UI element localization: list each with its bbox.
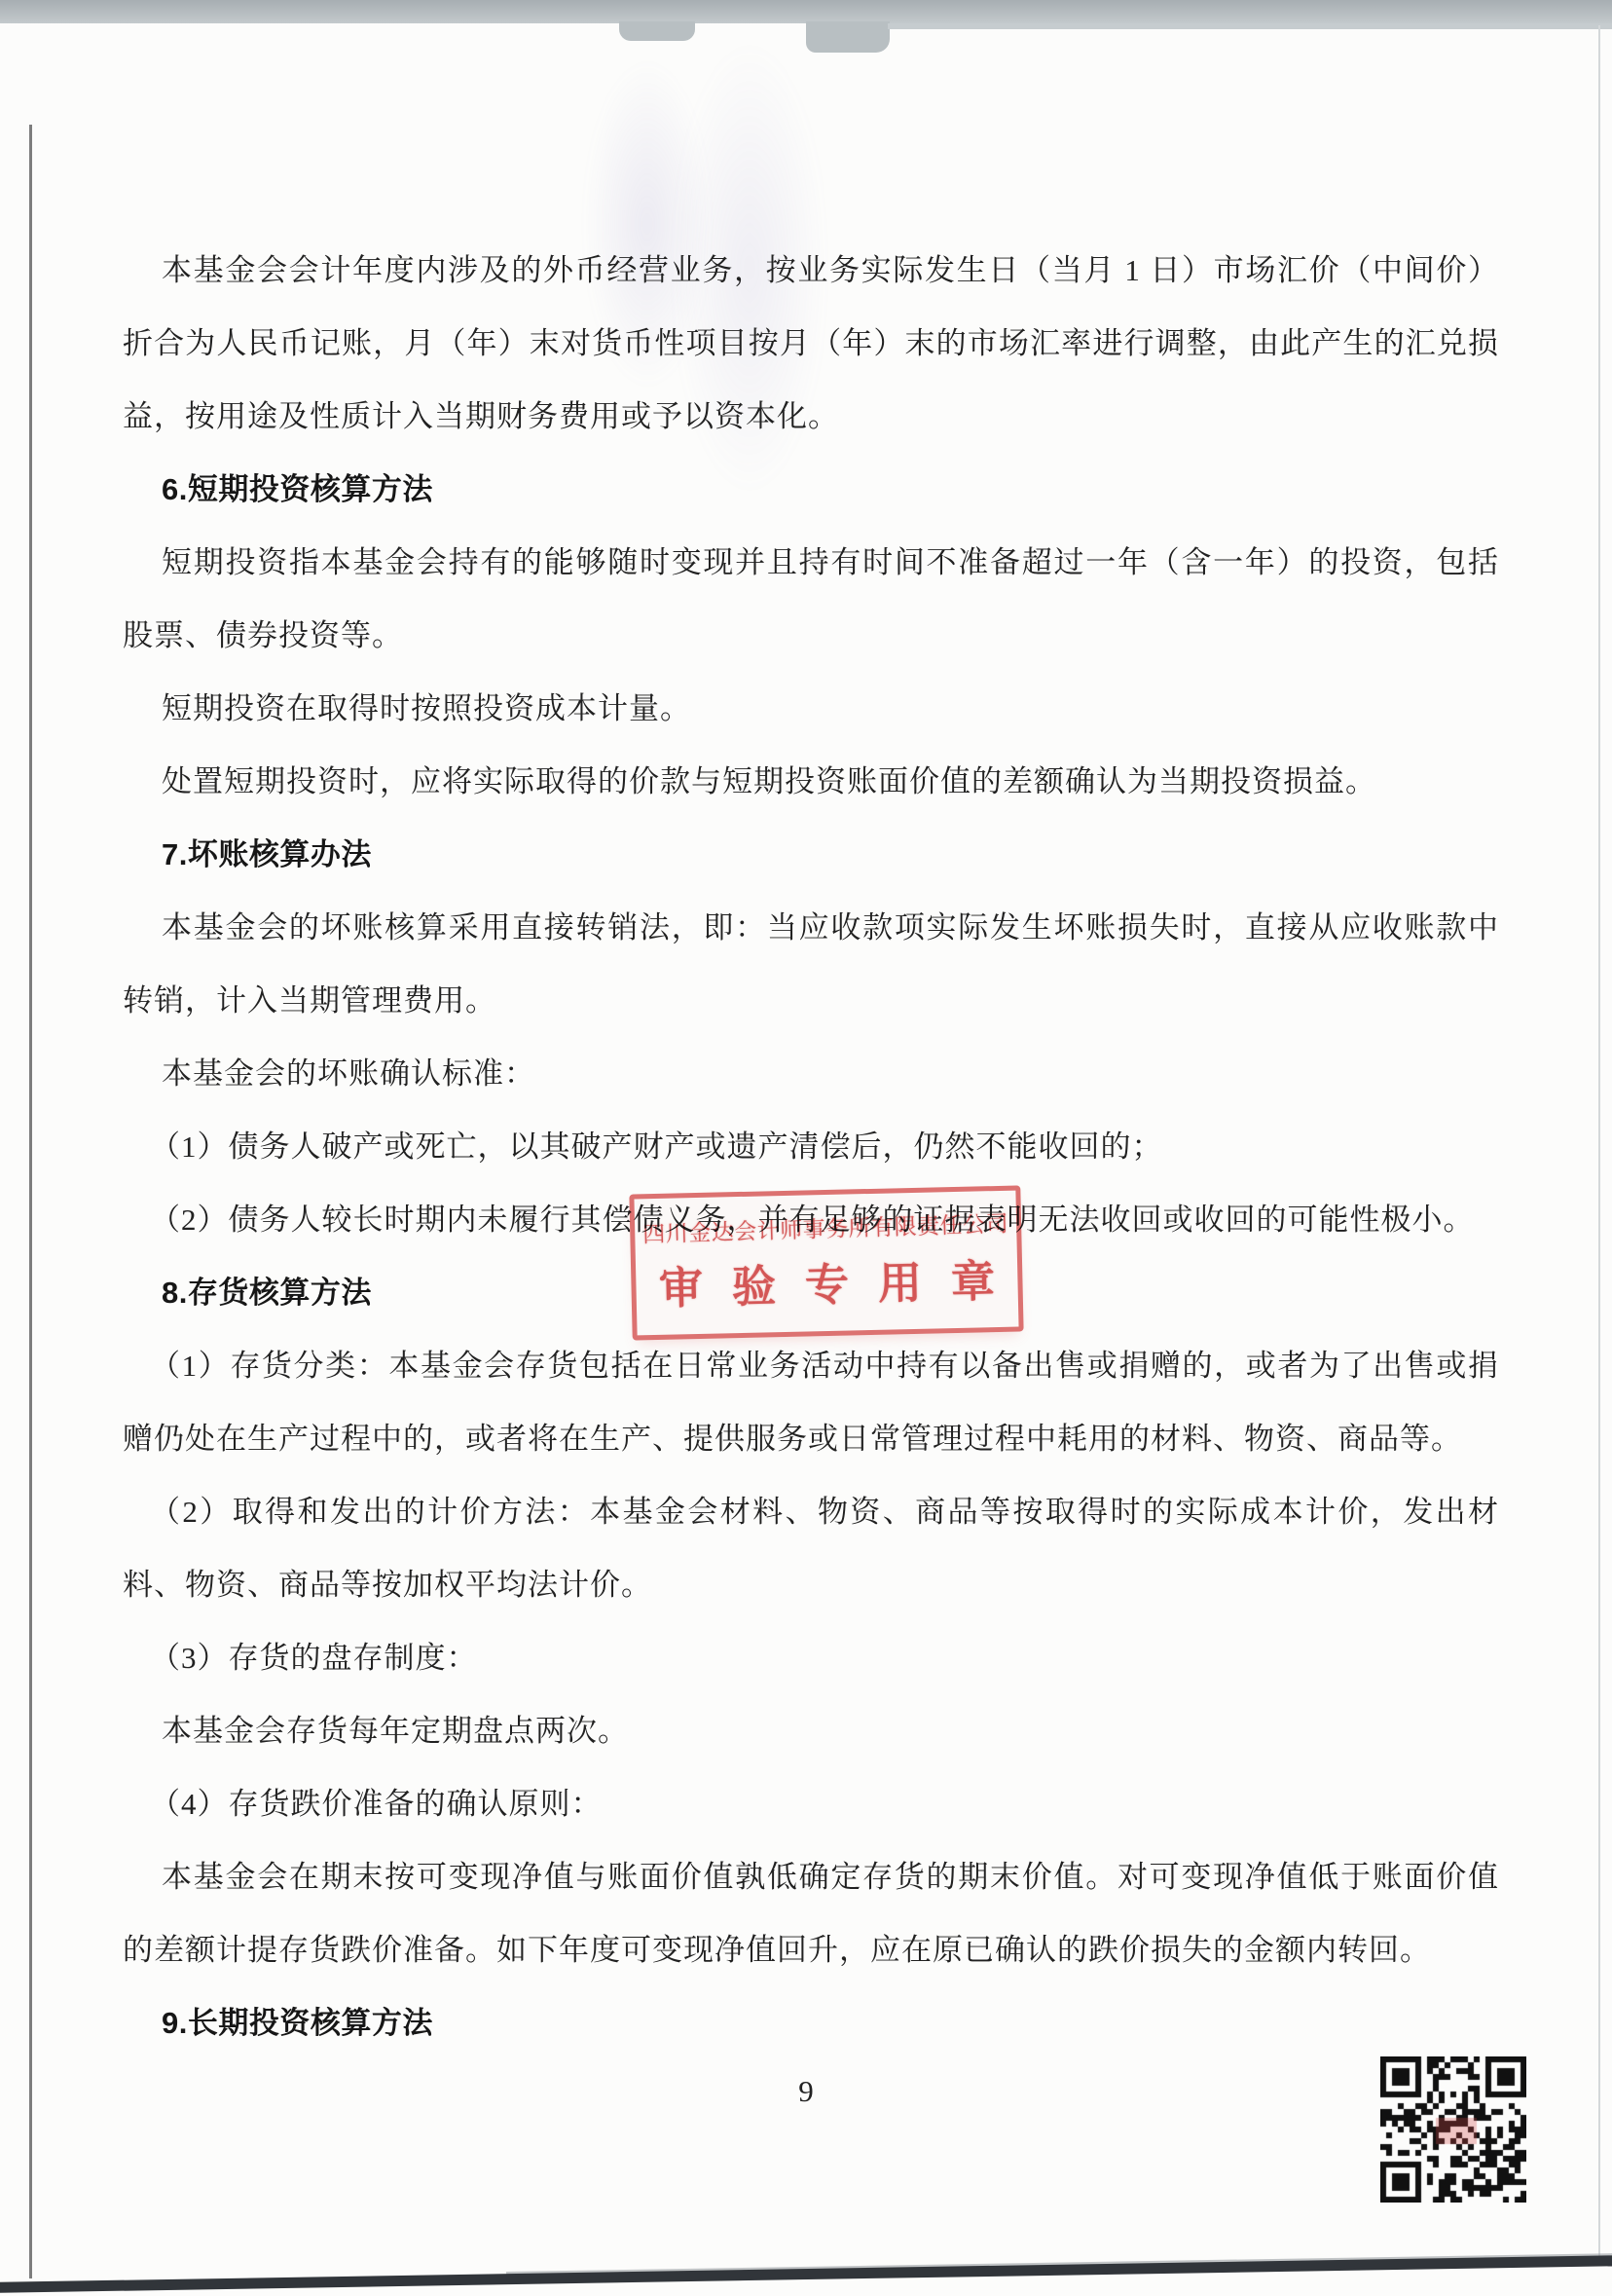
paragraph-foreign-currency: 本基金会会计年度内涉及的外币经营业务，按业务实际发生日（当月 1 日）市场汇价（… (123, 234, 1499, 453)
document-body: 本基金会会计年度内涉及的外币经营业务，按业务实际发生日（当月 1 日）市场汇价（… (123, 234, 1499, 2059)
scan-edge-notch (619, 21, 695, 41)
scan-edge-top (0, 0, 1612, 23)
scan-edge-top-right (888, 23, 1612, 29)
section-heading-7: 7.坏账核算办法 (123, 818, 1499, 891)
stamp-title: 审验专用章 (659, 1259, 1025, 1311)
scan-edge-left-line (29, 125, 32, 2278)
list-item-inventory-2: （2）取得和发出的计价方法：本基金会材料、物资、商品等按取得时的实际成本计价，发… (123, 1475, 1499, 1621)
list-item-bad-debt-1: （1）债务人破产或死亡，以其破产财产或遗产清偿后，仍然不能收回的； (123, 1110, 1499, 1183)
paragraph-bad-debt-criteria-intro: 本基金会的坏账确认标准： (123, 1037, 1499, 1110)
section-heading-9: 9.长期投资核算方法 (123, 1986, 1499, 2059)
page-number: 9 (0, 2074, 1612, 2109)
stamp-company-name: 四川金达会计师事务所有限责任公司 (642, 1212, 1009, 1245)
list-item-inventory-3: （3）存货的盘存制度： (123, 1621, 1499, 1694)
paragraph-inventory-nrv: 本基金会在期末按可变现净值与账面价值孰低确定存货的期末价值。对可变现净值低于账面… (123, 1840, 1499, 1986)
paragraph-short-term-investment-disposal: 处置短期投资时，应将实际取得的价款与短期投资账面价值的差额确认为当期投资损益。 (123, 745, 1499, 818)
scan-edge-bottom (0, 2255, 1612, 2293)
scan-edge-right-line (1598, 25, 1600, 2259)
paragraph-short-term-investment-cost: 短期投资在取得时按照投资成本计量。 (123, 672, 1499, 745)
list-item-inventory-4: （4）存货跌价准备的确认原则： (123, 1767, 1499, 1840)
section-heading-6: 6.短期投资核算方法 (123, 453, 1499, 526)
qr-code (1380, 2056, 1526, 2203)
list-item-inventory-1: （1）存货分类：本基金会存货包括在日常业务活动中持有以备出售或捐赠的，或者为了出… (123, 1329, 1499, 1475)
audit-stamp: 四川金达会计师事务所有限责任公司 审验专用章 (629, 1185, 1023, 1340)
paragraph-inventory-count: 本基金会存货每年定期盘点两次。 (123, 1694, 1499, 1767)
paragraph-short-term-investment-definition: 短期投资指本基金会持有的能够随时变现并且持有时间不准备超过一年（含一年）的投资，… (123, 526, 1499, 672)
paragraph-bad-debt-method: 本基金会的坏账核算采用直接转销法，即：当应收款项实际发生坏账损失时，直接从应收账… (123, 891, 1499, 1037)
document-page: 本基金会会计年度内涉及的外币经营业务，按业务实际发生日（当月 1 日）市场汇价（… (0, 0, 1612, 2296)
